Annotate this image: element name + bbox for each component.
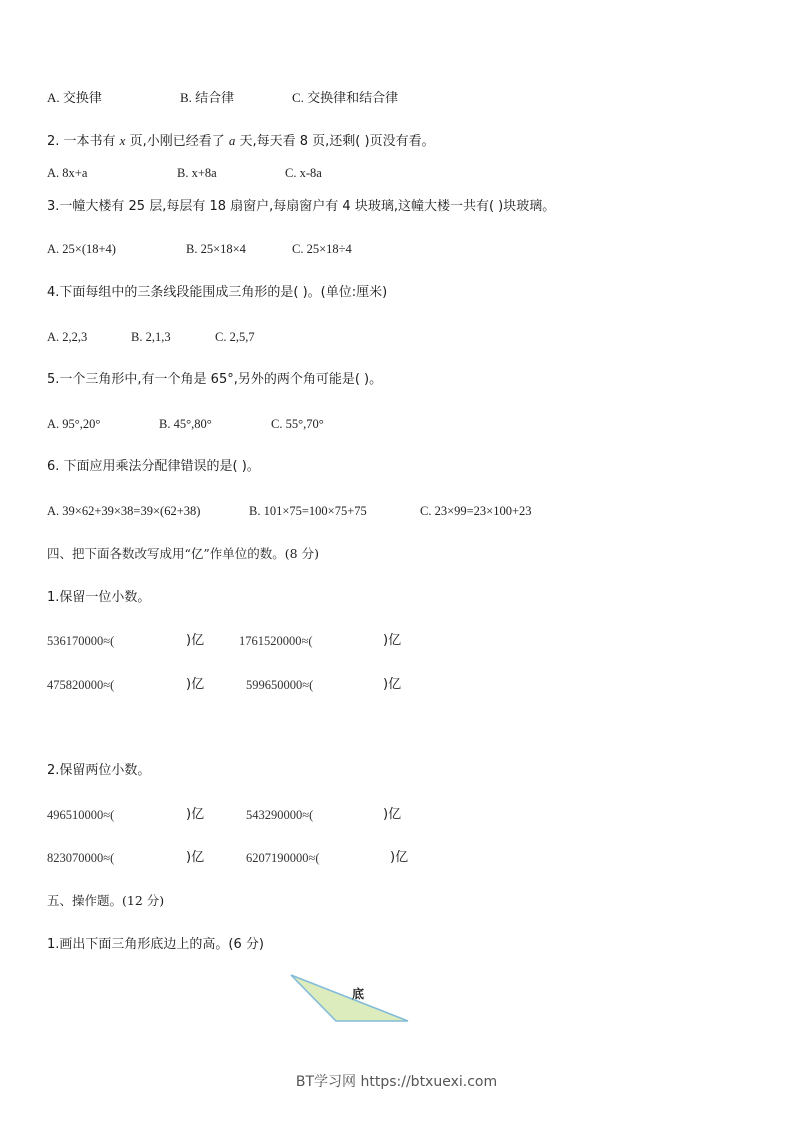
q3-question: 3.一幢大楼有 25 层,每层有 18 扇窗户,每扇窗户有 4 块玻璃,这幢大楼… [47, 199, 555, 215]
conversion-unit: )亿 [186, 633, 204, 649]
q2-text-3: 天,每天看 8 页,还剩( )页没有看。 [235, 134, 434, 149]
q5-question: 5.一个三角形中,有一个角是 65°,另外的两个角可能是( )。 [47, 372, 382, 388]
q4-option-a: A. 2,2,3 [47, 329, 87, 345]
q4-option-b: B. 2,1,3 [131, 329, 171, 345]
q6-question: 6. 下面应用乘法分配律错误的是( )。 [47, 459, 260, 475]
conversion-number: 543290000≈( [246, 808, 313, 822]
conversion-item: 543290000≈( )亿 [246, 807, 313, 824]
q2-text-2: 页,小刚已经看了 [125, 134, 228, 149]
conversion-number: 1761520000≈( [239, 634, 313, 648]
conversion-unit: )亿 [383, 677, 401, 693]
conversion-item: 536170000≈( )亿 [47, 633, 114, 650]
conversion-item: 823070000≈( )亿 [47, 850, 114, 867]
section-5-title: 五、操作题。(12 分) [47, 893, 164, 909]
q6-option-c: C. 23×99=23×100+23 [420, 503, 532, 519]
q2-text-1: 2. 一本书有 [47, 134, 120, 149]
conversion-number: 475820000≈( [47, 678, 114, 692]
q4-question: 4.下面每组中的三条线段能围成三角形的是( )。(单位:厘米) [47, 285, 387, 301]
conversion-number: 823070000≈( [47, 851, 114, 865]
conversion-item: 475820000≈( )亿 [47, 677, 114, 694]
conversion-item: 599650000≈( )亿 [246, 677, 313, 694]
q5-option-c: C. 55°,70° [271, 416, 324, 432]
conversion-number: 536170000≈( [47, 634, 114, 648]
conversion-unit: )亿 [390, 850, 408, 866]
q6-option-a: A. 39×62+39×38=39×(62+38) [47, 503, 200, 519]
footer-watermark: BT学习网 https://btxuexi.com [0, 1071, 793, 1091]
conversion-unit: )亿 [186, 807, 204, 823]
q3-option-a: A. 25×(18+4) [47, 241, 116, 257]
triangle-shape [291, 975, 408, 1021]
q2-option-b: B. x+8a [177, 165, 217, 181]
q2-option-c: C. x-8a [285, 165, 322, 181]
q3-option-b: B. 25×18×4 [186, 241, 246, 257]
conversion-item: 496510000≈( )亿 [47, 807, 114, 824]
q4-option-c: C. 2,5,7 [215, 329, 255, 345]
q6-option-b: B. 101×75=100×75+75 [249, 503, 367, 519]
conversion-unit: )亿 [186, 850, 204, 866]
conversion-item: 1761520000≈( )亿 [239, 633, 313, 650]
section-4-part-2-title: 2.保留两位小数。 [47, 763, 150, 779]
q5-option-a: A. 95°,20° [47, 416, 100, 432]
conversion-unit: )亿 [383, 807, 401, 823]
q1-option-b: B. 结合律 [180, 90, 234, 106]
triangle-base-label: 底 [352, 985, 364, 1002]
q1-option-c: C. 交换律和结合律 [292, 90, 398, 106]
conversion-number: 6207190000≈( [246, 851, 320, 865]
q5-option-b: B. 45°,80° [159, 416, 212, 432]
conversion-unit: )亿 [186, 677, 204, 693]
q3-option-c: C. 25×18÷4 [292, 241, 352, 257]
section-5-question-1: 1.画出下面三角形底边上的高。(6 分) [47, 937, 264, 953]
q2-option-a: A. 8x+a [47, 165, 87, 181]
section-4-part-1-title: 1.保留一位小数。 [47, 590, 150, 606]
q1-option-a: A. 交换律 [47, 90, 102, 106]
conversion-item: 6207190000≈( )亿 [246, 850, 320, 867]
section-4-title: 四、把下面各数改写成用“亿”作单位的数。(8 分) [47, 546, 319, 562]
conversion-unit: )亿 [383, 633, 401, 649]
conversion-number: 599650000≈( [246, 678, 313, 692]
q2-question: 2. 一本书有 x 页,小刚已经看了 a 天,每天看 8 页,还剩( )页没有看… [47, 133, 435, 150]
conversion-number: 496510000≈( [47, 808, 114, 822]
